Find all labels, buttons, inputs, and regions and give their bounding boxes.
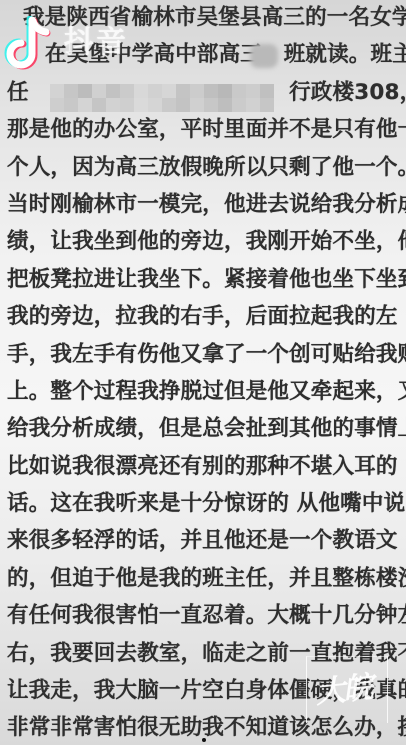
- text-line: 上。整个过程我挣脱过但是他又牵起来，又: [7, 373, 403, 410]
- text-line: 把板凳拉进让我坐下。紧接着他也坐下坐到: [7, 261, 403, 298]
- watermark-label: 大皖: [313, 662, 373, 712]
- censor-mosaic: [50, 84, 278, 112]
- censor-blur: [250, 44, 278, 68]
- text-line: 给我分析成绩，但是总会扯到其他的事情上: [7, 410, 403, 447]
- text-line: 的，但迫于他是我的班主任，并且整栋楼没: [7, 560, 403, 597]
- text-line: 比如说我很漂亮还有别的那种不堪入耳的: [7, 448, 403, 485]
- douyin-brand-label: 抖音: [64, 23, 128, 63]
- screenshot-screen: 我是陕西省榆林市吴堡县高三的一名女学 在吴堡中学高中部高三 班就读。班主 任 行…: [0, 0, 406, 745]
- text-line: 绩，让我坐到他的旁边，我刚开始不坐，他: [7, 223, 403, 260]
- douyin-logo: 抖音: [2, 16, 152, 72]
- text-line: 当时刚榆林市一模完，他进去说给我分析成: [7, 186, 403, 223]
- text-line: 个人，因为高三放假晚所以只剩了他一个。: [7, 149, 403, 186]
- text-line: 来很多轻浮的话，并且他还是一个教语文: [7, 522, 403, 559]
- text-line: 有任何我很害怕一直忍着。大概十几分钟左: [7, 597, 403, 634]
- douyin-note-icon: [2, 16, 62, 72]
- news-watermark: 大皖: [306, 656, 388, 723]
- touch-dot: [202, 738, 206, 742]
- text-line: 我的旁边，拉我的右手，后面拉起我的左: [7, 298, 403, 335]
- text-line: 那是他的办公室，平时里面并不是只有他一: [7, 111, 403, 148]
- text-line: 话。这在我听来是十分惊讶的 从他嘴中说出: [7, 485, 403, 522]
- text-line: 手，我左手有伤他又拿了一个创可贴给我贴: [7, 336, 403, 373]
